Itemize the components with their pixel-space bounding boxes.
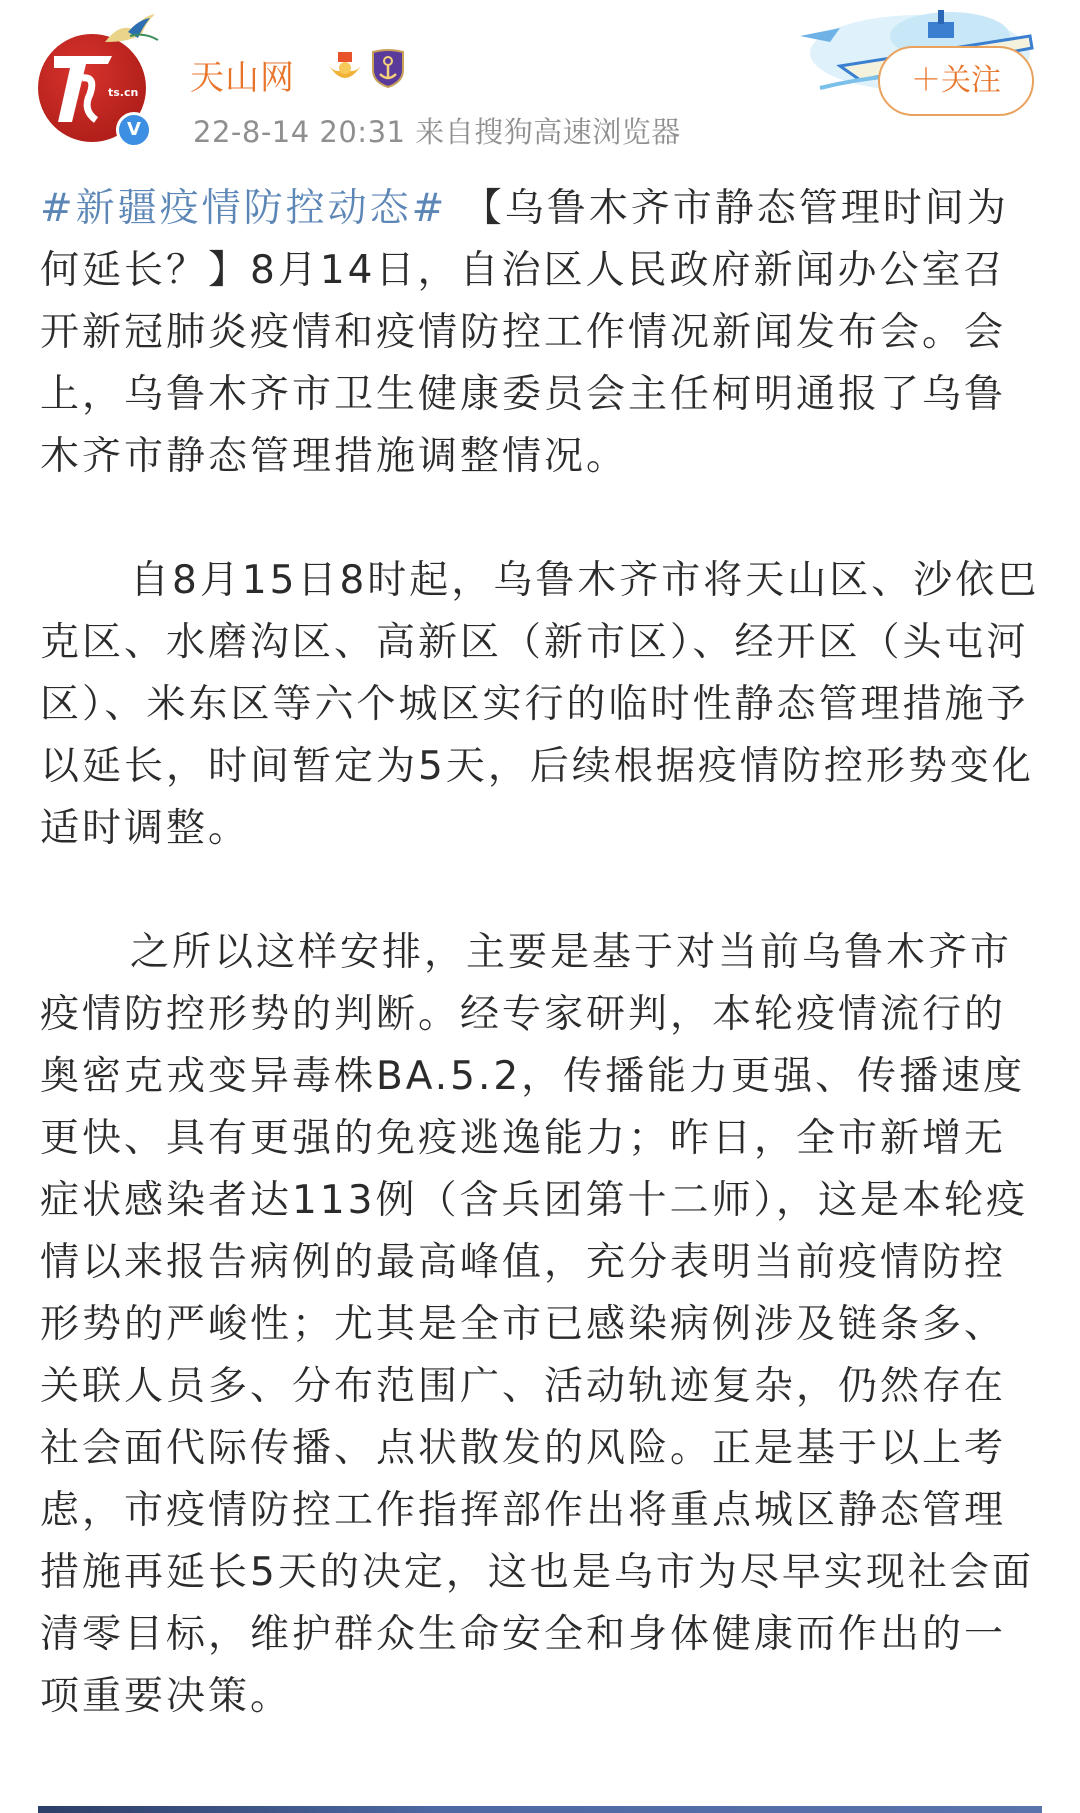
account-name[interactable]: 天山网 [190, 50, 295, 99]
gold-medal-badge-icon[interactable] [326, 52, 364, 88]
post-header: ts.cn V 天山网 22-8-14 20:31 来自搜狗高速浏览器 ＋关注 [0, 0, 1080, 150]
follow-button[interactable]: ＋关注 [878, 46, 1034, 116]
ts-logo-icon [52, 54, 114, 124]
post-meta: 22-8-14 20:31 来自搜狗高速浏览器 [193, 110, 681, 151]
anchor-shield-badge-icon[interactable] [370, 48, 406, 88]
post-paragraph-2: 自8月15日8时起，乌鲁木齐市将天山区、沙依巴克区、水磨沟区、高新区（新市区）、… [40, 550, 1040, 860]
avatar-logo-text: ts.cn [108, 86, 138, 99]
post-paragraph-1: #新疆疫情防控动态# 【乌鲁木齐市静态管理时间为何延长？】8月14日，自治区人民… [40, 178, 1040, 488]
post-paragraph-3: 之所以这样安排，主要是基于对当前乌鲁木齐市疫情防控形势的判断。经专家研判，本轮疫… [40, 922, 1040, 1728]
bird-decoration-icon [100, 12, 160, 52]
attached-image-edge[interactable] [38, 1806, 1042, 1813]
post-body: #新疆疫情防控动态# 【乌鲁木齐市静态管理时间为何延长？】8月14日，自治区人民… [40, 178, 1040, 1728]
hashtag-link[interactable]: #新疆疫情防控动态# [40, 186, 447, 231]
verified-icon: V [116, 112, 152, 148]
